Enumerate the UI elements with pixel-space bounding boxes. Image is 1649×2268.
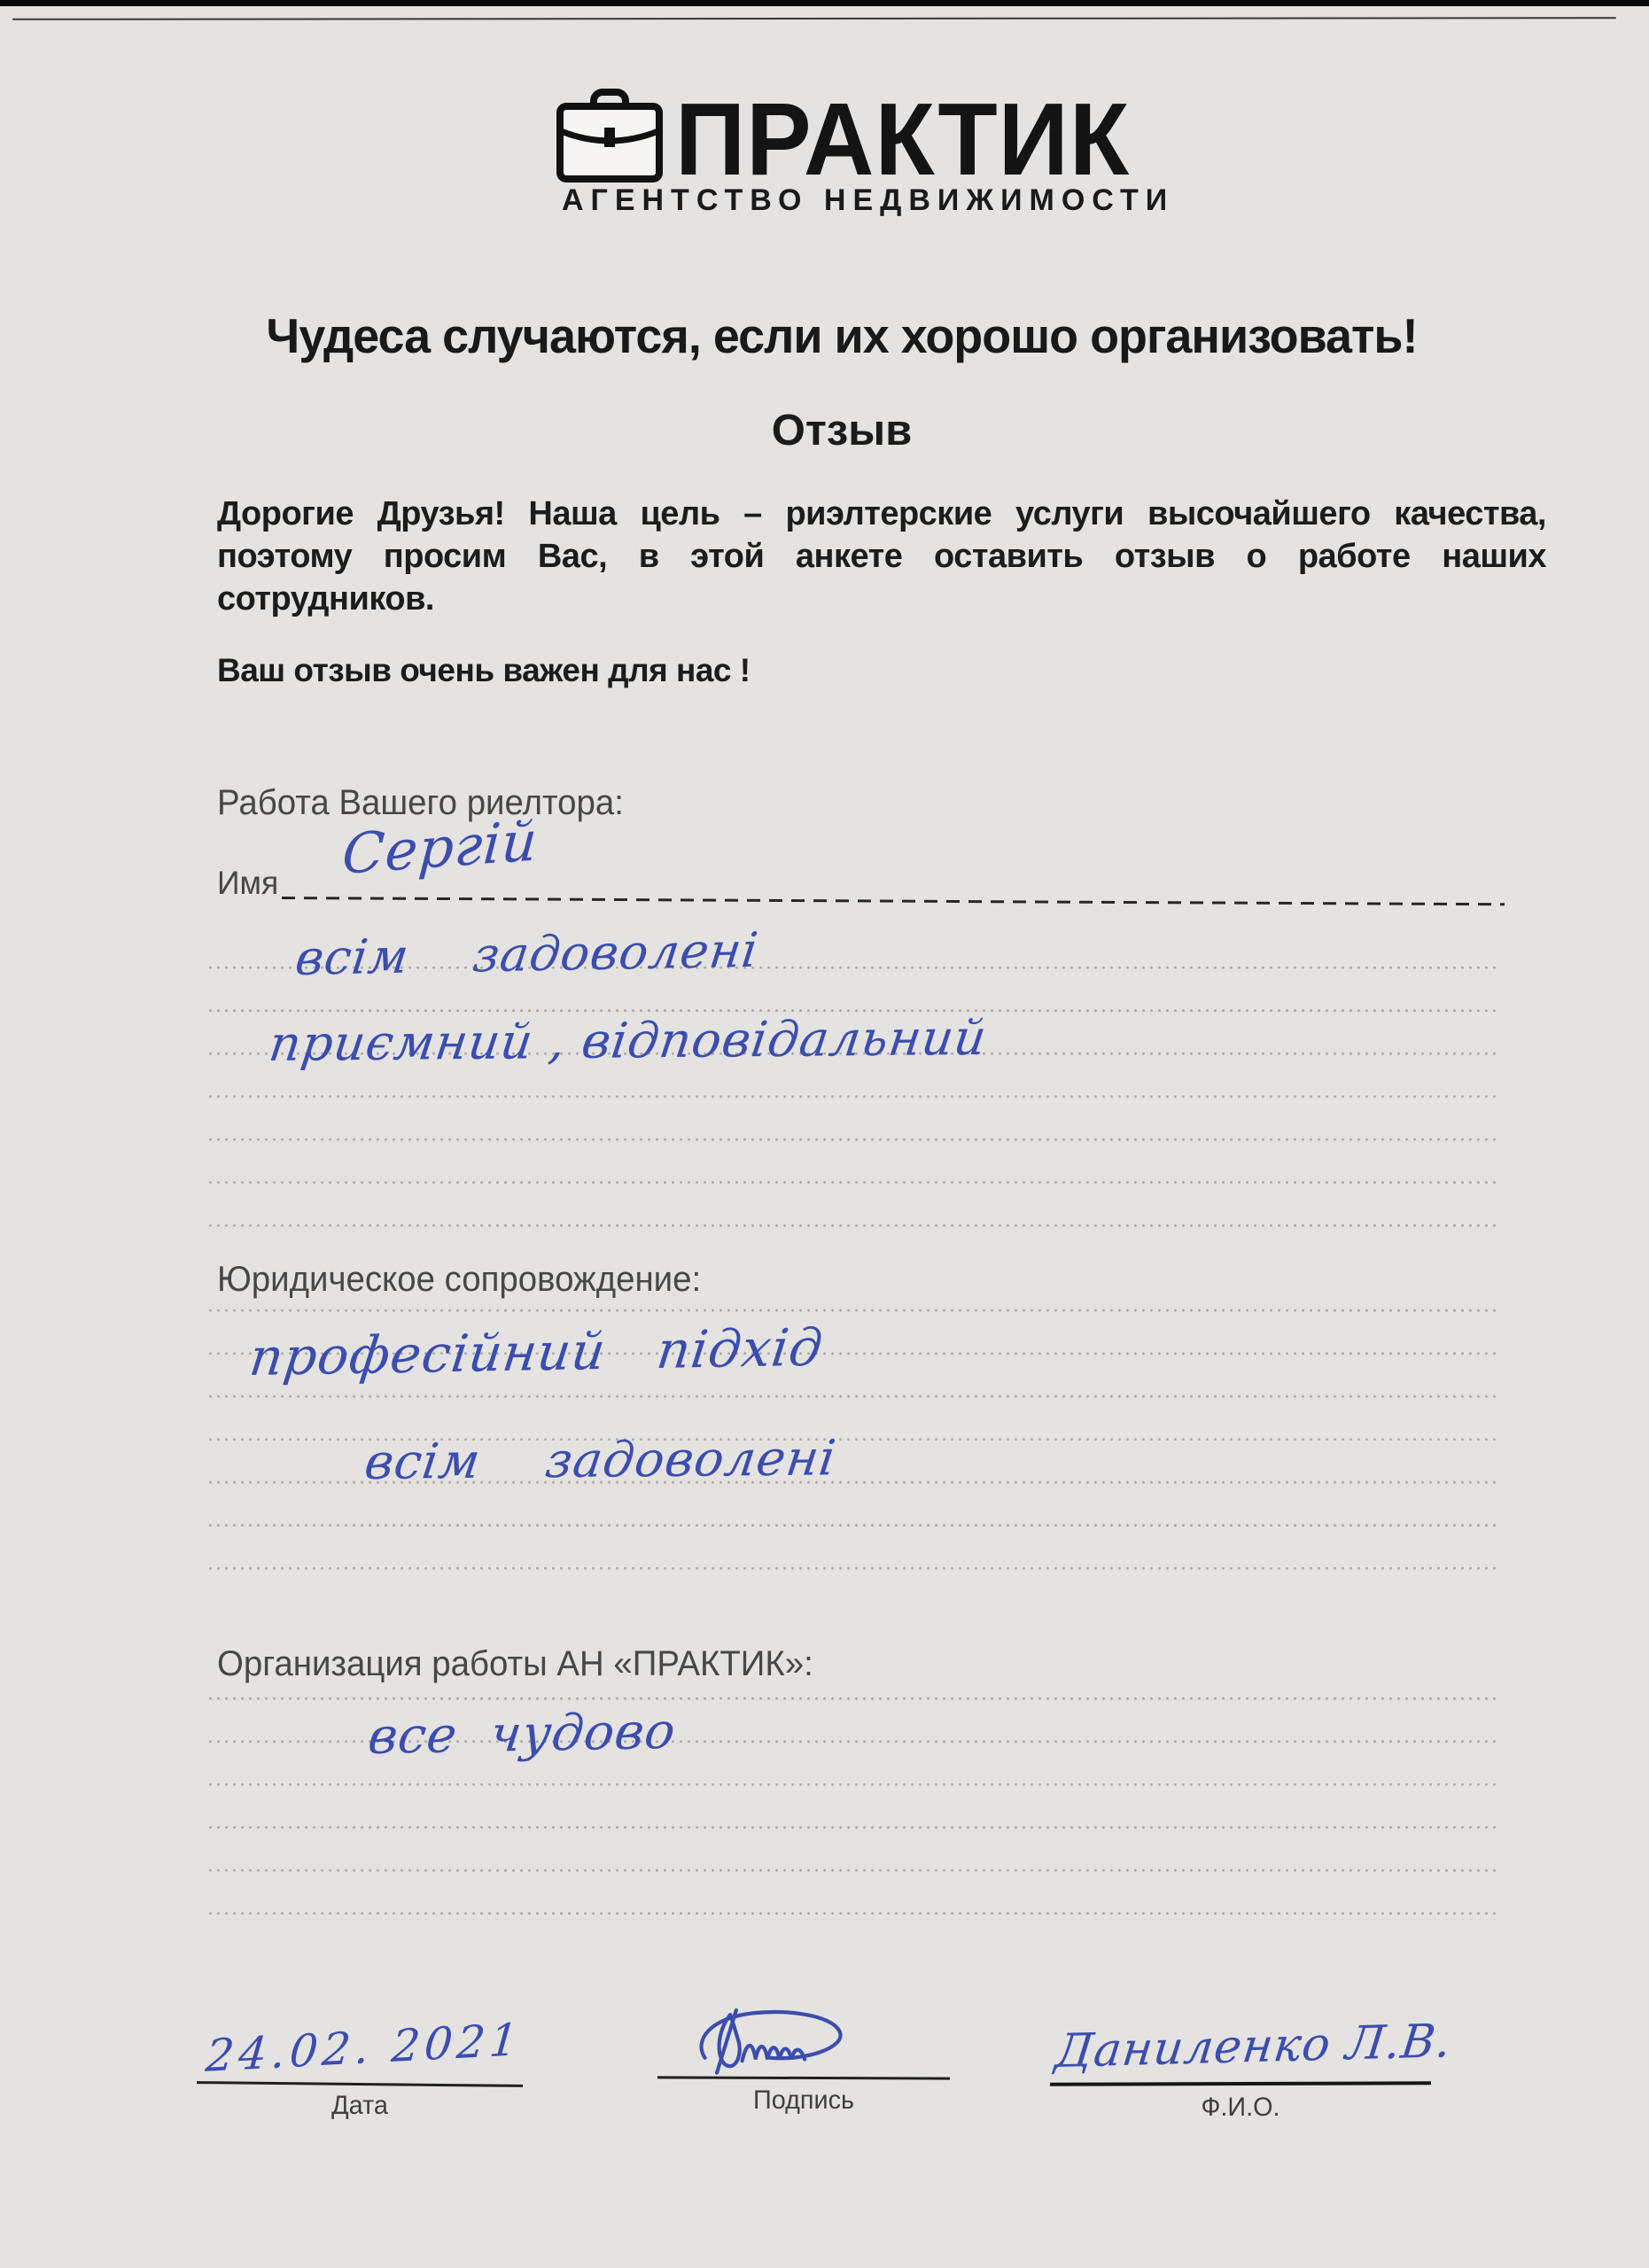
signature-scribble: [675, 2006, 861, 2080]
handwritten-answer: приємний , відповідальний: [266, 1009, 991, 1072]
intro-emphasis: Ваш отзыв очень важен для нас !: [217, 652, 751, 689]
fio-label: Ф.И.О.: [1058, 2093, 1424, 2123]
writing-guide-lines: [206, 946, 1500, 1253]
handwritten-date: 24.02. 2021: [204, 2014, 525, 2082]
form-title: Отзыв: [213, 406, 1471, 455]
fio-line: [1050, 2081, 1431, 2086]
date-line: [197, 2081, 523, 2087]
scan-artifact-line: [12, 17, 1616, 20]
handwritten-answer: професійний підхід: [246, 1317, 827, 1387]
name-field-label: Имя: [217, 865, 278, 902]
signature-label: Подпись: [664, 2085, 945, 2116]
scan-edge-bar: [0, 0, 1649, 6]
scanned-feedback-form: ПРАКТИК АГЕНТСТВО НЕДВИЖИМОСТИ Чудеса сл…: [0, 0, 1649, 2268]
name-field-line: [282, 897, 1505, 905]
date-label: Дата: [203, 2091, 516, 2121]
intro-paragraph: Дорогие Друзья! Наша цель – риэлтерские …: [217, 493, 1546, 620]
briefcase-icon: [556, 89, 663, 183]
handwritten-answer: все чудово: [365, 1703, 679, 1766]
brand-subtitle: АГЕНТСТВО НЕДВИЖИМОСТИ: [562, 185, 1174, 215]
handwritten-answer: всім задоволені: [362, 1429, 840, 1490]
slogan-headline: Чудеса случаются, если их хорошо организ…: [225, 307, 1458, 364]
handwritten-fio: Даниленко Л.В.: [1053, 2015, 1454, 2078]
handwritten-realtor-name: Сергій: [340, 808, 541, 887]
brand-name: ПРАКТИК: [675, 88, 1130, 190]
handwritten-answer: всім задоволені: [292, 922, 762, 986]
